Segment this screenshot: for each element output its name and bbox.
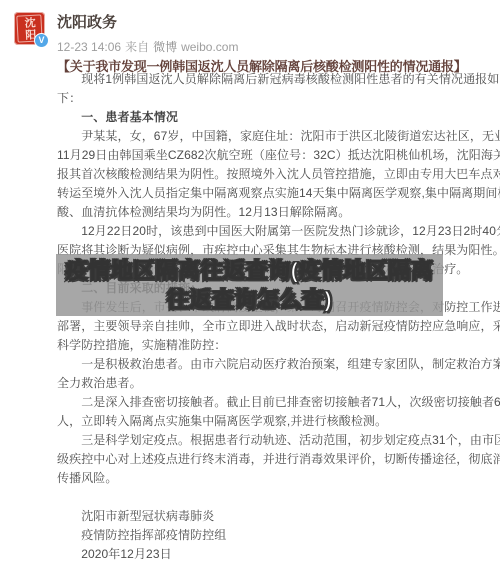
article-line: 报其首次核酸检测结果为阴性。按照境外入沈人员管控措施，立即由专用大巴车点对点 xyxy=(57,165,467,184)
article-line: 沈阳市新型冠状病毒肺炎 xyxy=(57,507,467,526)
article-line: 现将1例韩国返沈人员解除隔离后新冠病毒核酸检测阳性患者的有关情况通报如 xyxy=(57,70,467,89)
headline-line-2: 往返查询怎么查) xyxy=(56,285,443,314)
post-meta: 12-23 14:06 来自 微博 weibo.com xyxy=(57,38,238,55)
article-line: 二是深入排查密切接触者。截止目前已排查密切接触者71人，次级密切接触者69 xyxy=(57,393,467,412)
source-domain-link[interactable]: weibo.com xyxy=(181,40,238,54)
article-line: 三是科学划定疫点。根据患者行动轨迹、活动范围，初步划定疫点31个，由市区两 xyxy=(57,431,467,450)
article-line: 下： xyxy=(57,89,467,108)
article-body: 现将1例韩国返沈人员解除隔离后新冠病毒核酸检测阳性患者的有关情况通报如下： 一、… xyxy=(57,70,467,564)
article-line: 一、患者基本情况 xyxy=(57,108,467,127)
verified-badge-letter: V xyxy=(38,36,44,45)
weibo-logo[interactable]: 微博 xyxy=(153,38,177,55)
headline-overlay: 疫情地区隔离往返查询(疫情地区隔离 往返查询怎么查) xyxy=(56,254,443,316)
article-line: 人，立即转入隔离点实施集中隔离医学观察,并进行核酸检测。 xyxy=(57,412,467,431)
article-line: 传播风险。 xyxy=(57,469,467,488)
article-line: 科学防控措施，实施精准防控： xyxy=(57,336,467,355)
weibo-post-screenshot: 沈阳 V 沈阳政务 12-23 14:06 来自 微博 weibo.com 【关… xyxy=(0,0,500,564)
article-line: 部署，主要领导亲自挂帅，全市立即进入战时状态，启动新冠疫情防控应急响应，采取 xyxy=(57,317,467,336)
article-line: 全力救治患者。 xyxy=(57,374,467,393)
article-line: 尹某某，女，67岁，中国籍，家庭住址：沈阳市于洪区北陵街道宏达社区，无业。 xyxy=(57,127,467,146)
source-prefix-label: 来自 xyxy=(125,38,149,55)
article-line xyxy=(57,488,467,507)
article-line: 级疾控中心对上述疫点进行终末消毒，并进行消毒效果评价，切断传播途径，彻底消除 xyxy=(57,450,467,469)
article-line: 疫情防控指挥部疫情防控组 xyxy=(57,526,467,545)
article-line: 转运至境外入沈人员指定集中隔离观察点实施14天集中隔离医学观察,集中隔离期间核 xyxy=(57,184,467,203)
article-line: 酸、血清抗体检测结果均为阴性。12月13日解除隔离。 xyxy=(57,203,467,222)
headline-line-1: 疫情地区隔离往返查询(疫情地区隔离 xyxy=(56,256,443,285)
verified-badge-icon: V xyxy=(34,33,49,48)
article-line: 11月29日由韩国乘坐CZ682次航空班（座位号：32C）抵达沈阳桃仙机场，沈阳… xyxy=(57,146,467,165)
article-line: 12月22日20时，该患到中国医大附属第一医院发热门诊就诊，12月23日2时40… xyxy=(57,222,467,241)
post-timestamp[interactable]: 12-23 14:06 xyxy=(57,40,121,54)
account-name[interactable]: 沈阳政务 xyxy=(57,11,117,32)
article-line: 一是积极救治患者。由市六院启动医疗救治预案，组建专家团队，制定救治方案， xyxy=(57,355,467,374)
article-line: 2020年12月23日 xyxy=(57,545,467,564)
